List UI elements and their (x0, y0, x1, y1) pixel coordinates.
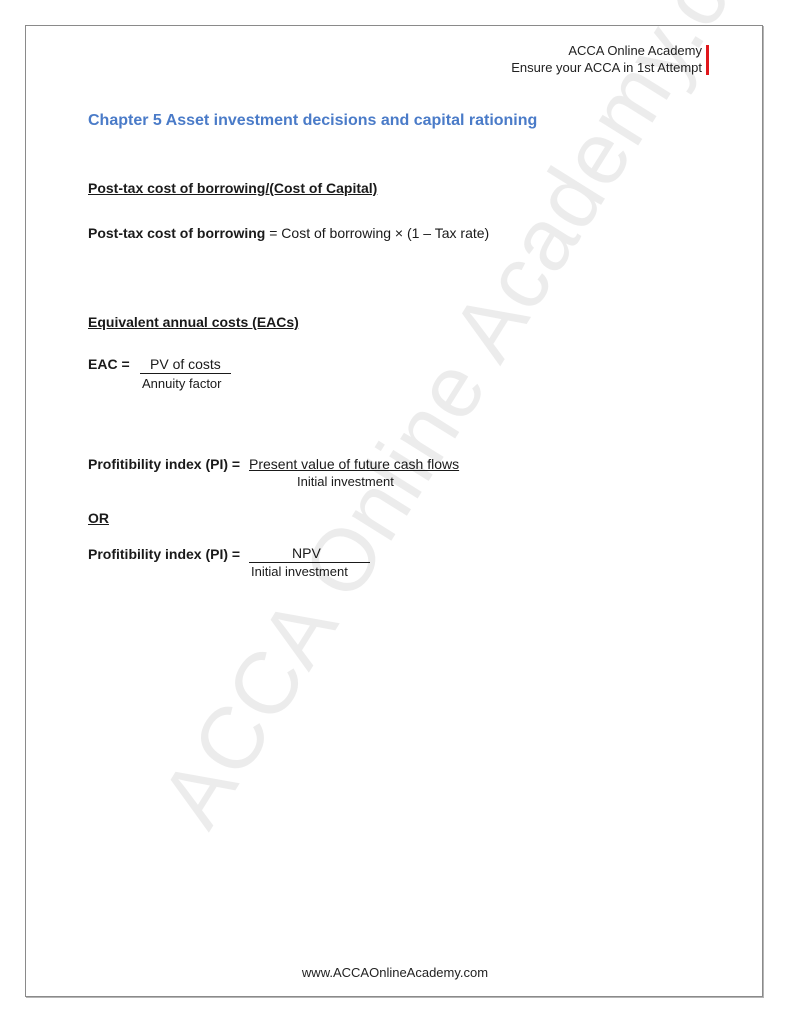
pi-formula-2-denominator: Initial investment (251, 564, 348, 579)
header-tagline: Ensure your ACCA in 1st Attempt (511, 59, 702, 76)
pi-formula-2-label: Profitibility index (PI) = (88, 546, 240, 562)
page-header: ACCA Online Academy Ensure your ACCA in … (511, 42, 702, 76)
pi-formula-1-label: Profitibility index (PI) = (88, 456, 240, 472)
eac-heading: Equivalent annual costs (EACs) (88, 314, 299, 330)
eac-numerator: PV of costs (150, 356, 221, 372)
or-separator: OR (88, 510, 109, 526)
eac-denominator: Annuity factor (142, 376, 222, 391)
header-academy-name: ACCA Online Academy (511, 42, 702, 59)
footer-url: www.ACCAOnlineAcademy.com (0, 965, 790, 980)
pi-formula-1-denominator: Initial investment (297, 474, 394, 489)
pi-formula-2-fraction-line (249, 562, 370, 563)
post-tax-heading: Post-tax cost of borrowing/(Cost of Capi… (88, 180, 377, 196)
eac-fraction-line (140, 373, 231, 374)
pi-formula-2-numerator: NPV (292, 545, 321, 561)
eac-label: EAC = (88, 356, 130, 372)
chapter-title: Chapter 5 Asset investment decisions and… (88, 112, 537, 130)
post-tax-formula-expression: = Cost of borrowing × (1 – Tax rate) (265, 225, 489, 241)
post-tax-formula-label: Post-tax cost of borrowing (88, 225, 265, 241)
post-tax-formula: Post-tax cost of borrowing = Cost of bor… (88, 225, 489, 241)
page-border (25, 25, 763, 997)
header-accent-bar (706, 45, 709, 75)
pi-formula-1-numerator: Present value of future cash flows (249, 456, 459, 472)
